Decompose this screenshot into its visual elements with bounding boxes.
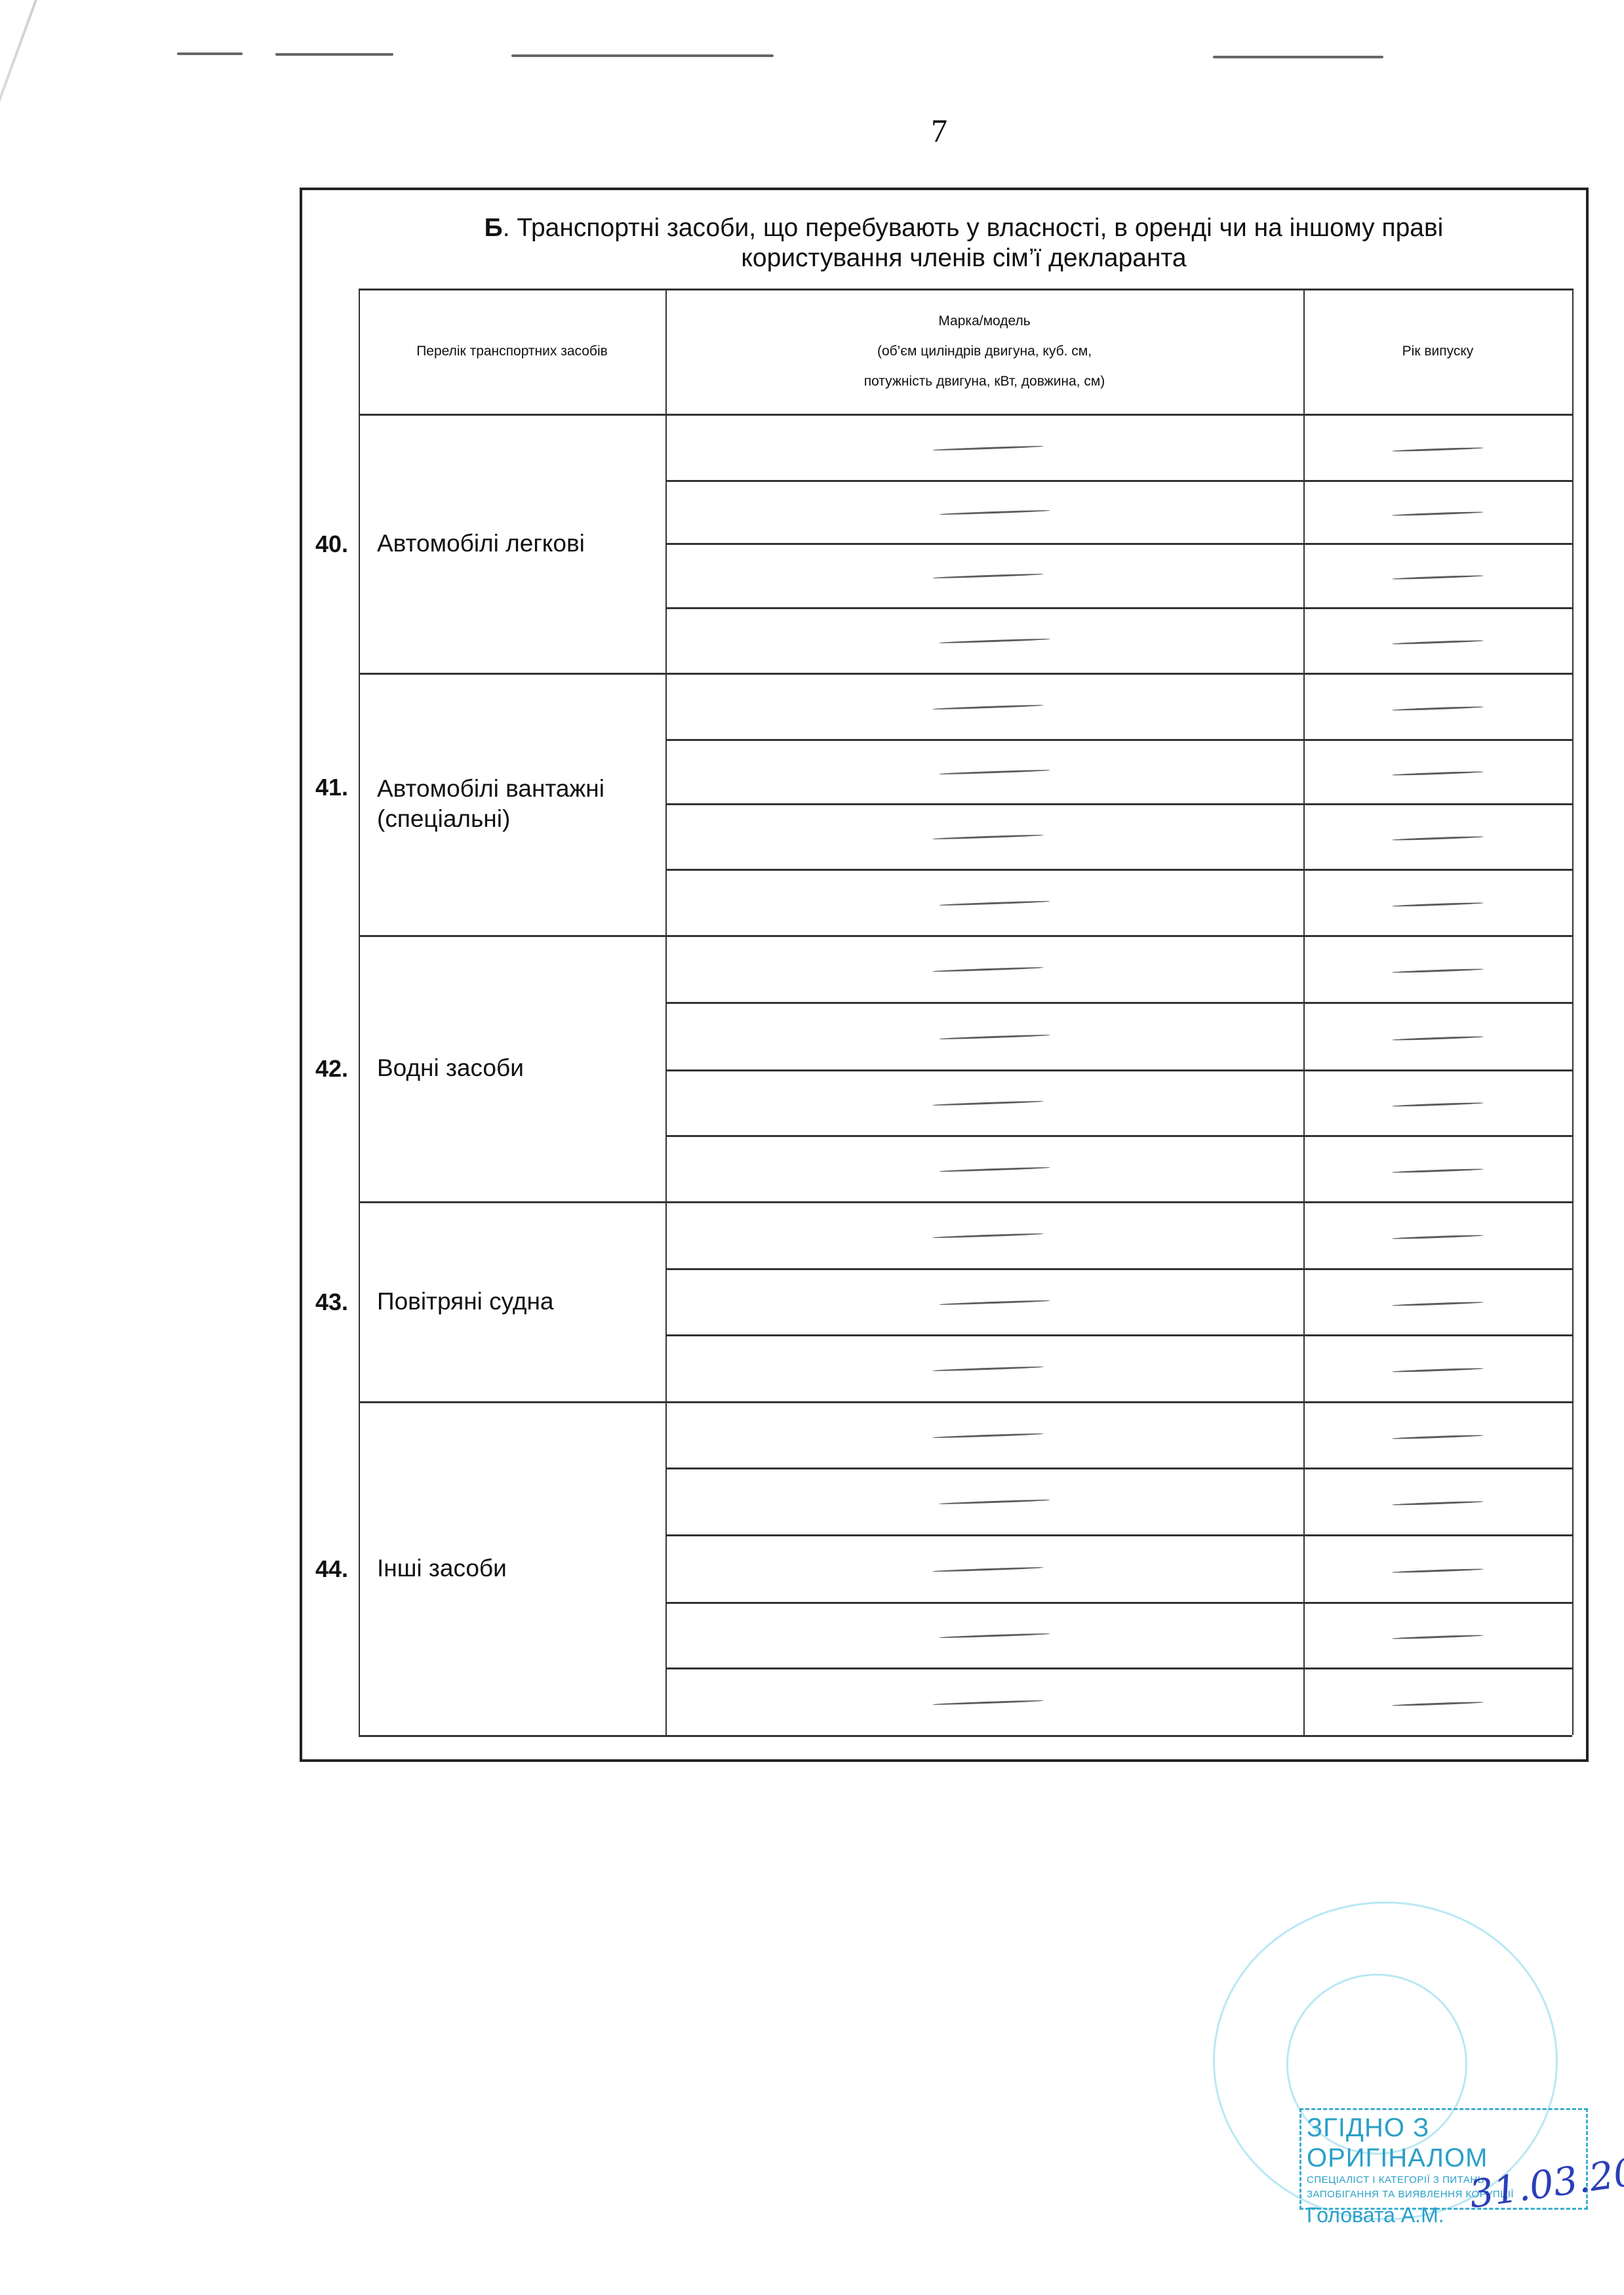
- table-grid-line: [359, 1401, 1572, 1403]
- row-number: 44.: [296, 1555, 348, 1583]
- row-number: 43.: [296, 1288, 348, 1316]
- header-col2-line1: Марка/модель: [938, 306, 1030, 336]
- header-col2-line2: (об’єм циліндрів двигуна, куб. см,: [877, 336, 1092, 367]
- section-title: Б. Транспортні засоби, що перебувають у …: [367, 213, 1560, 273]
- section-title-text: . Транспортні засоби, що перебувають у в…: [503, 214, 1444, 242]
- table-grid-line: [665, 1534, 1572, 1536]
- scan-artifact: [177, 52, 243, 55]
- row-category-label: Автомобілі легкові: [377, 529, 639, 559]
- row-category-label: Автомобілі вантажні (спеціальні): [377, 774, 639, 834]
- scan-artifact: [511, 54, 774, 57]
- section-frame: [300, 188, 1589, 1762]
- table-grid-line: [359, 1201, 1572, 1203]
- table-grid-line: [665, 1002, 1572, 1004]
- row-number: 41.: [296, 774, 348, 801]
- table-grid-line: [359, 1735, 1572, 1737]
- table-grid-line: [665, 480, 1572, 482]
- table-grid-line: [665, 607, 1572, 609]
- row-number: 40.: [296, 530, 348, 558]
- header-make-model: Марка/модель (об’єм циліндрів двигуна, к…: [667, 290, 1302, 413]
- table-grid-line: [665, 1135, 1572, 1137]
- header-col1-text: Перелік транспортних засобів: [416, 336, 608, 367]
- table-grid-line: [359, 935, 1572, 937]
- section-title-line2: користування членів сім’ї декларанта: [741, 244, 1186, 272]
- table-grid-line: [665, 543, 1572, 545]
- table-grid-line: [665, 1268, 1572, 1270]
- header-col3-text: Рік випуску: [1402, 336, 1474, 367]
- scan-artifact: [275, 53, 393, 56]
- table-grid-line: [665, 803, 1572, 805]
- table-grid-line: [1303, 289, 1305, 1735]
- page-number: 7: [931, 111, 947, 150]
- table-grid-line: [665, 1602, 1572, 1604]
- table-grid-line: [359, 673, 1572, 675]
- header-year: Рік випуску: [1305, 290, 1571, 413]
- table-grid-line: [665, 1667, 1572, 1669]
- table-grid-line: [665, 739, 1572, 741]
- header-vehicle-list: Перелік транспортних засобів: [360, 290, 664, 413]
- section-letter: Б: [485, 214, 503, 242]
- row-category-label: Інші засоби: [377, 1553, 639, 1584]
- table-grid-line: [665, 1467, 1572, 1469]
- table-grid-line: [359, 289, 360, 1735]
- table-grid-line: [359, 414, 1572, 416]
- row-category-label: Водні засоби: [377, 1053, 639, 1083]
- table-grid-line: [665, 289, 667, 1735]
- table-grid-line: [665, 1334, 1572, 1336]
- scan-artifact: [1213, 56, 1383, 58]
- table-grid-line: [359, 289, 1572, 290]
- header-col2-line3: потужність двигуна, кВт, довжина, см): [864, 367, 1105, 397]
- table-grid-line: [1572, 289, 1574, 1735]
- scan-edge-shadow: [0, 0, 42, 222]
- row-category-label: Повітряні судна: [377, 1287, 639, 1317]
- table-grid-line: [665, 1069, 1572, 1071]
- row-number: 42.: [296, 1055, 348, 1083]
- table-grid-line: [665, 869, 1572, 871]
